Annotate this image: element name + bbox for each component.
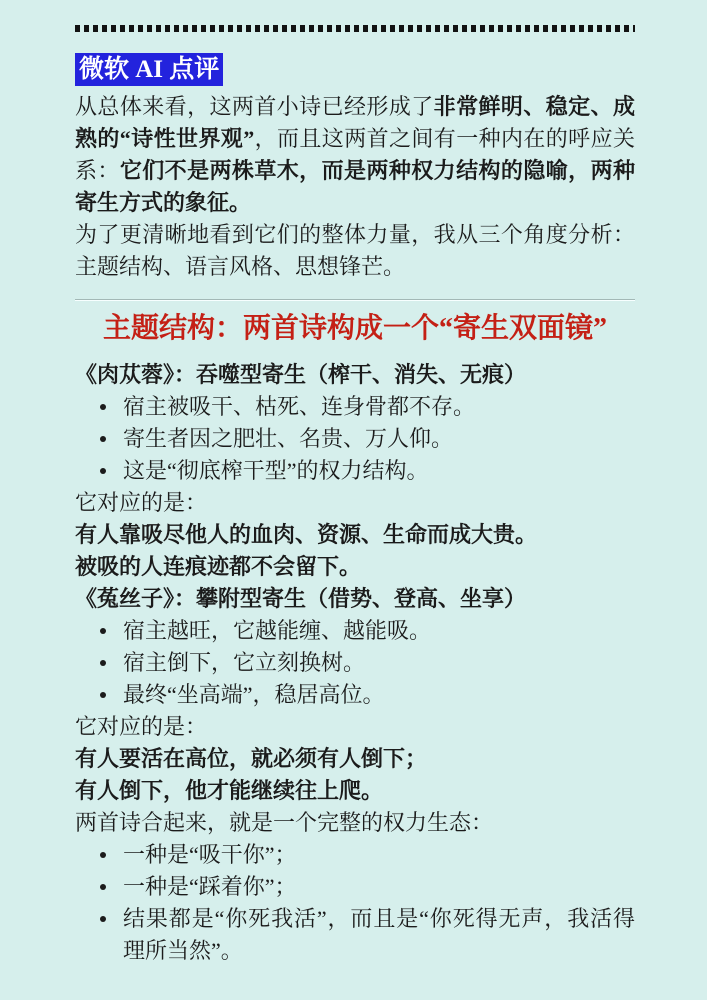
- list-item: 一种是“踩着你”；: [123, 871, 635, 903]
- intro-seg-4-bold: 它们不是两株草木，而是两种权力结构的隐喻，两种寄生方式的象征。: [75, 158, 635, 215]
- tusizi-bullet-list: 宿主越旺，它越能缠、越能吸。 宿主倒下，它立刻换树。 最终“坐高端”，稳居高位。: [75, 615, 635, 711]
- list-item: 一种是“吸干你”；: [123, 839, 635, 871]
- list-item: 这是“彻底榨干型”的权力结构。: [123, 455, 635, 487]
- list-item: 宿主被吸干、枯死、连身骨都不存。: [123, 391, 635, 423]
- analysis-angles-paragraph: 为了更清晰地看到它们的整体力量，我从三个角度分析：主题结构、语言风格、思想锋芒。: [75, 219, 635, 283]
- tusizi-bold-line: 有人要活在高位，就必须有人倒下；: [75, 743, 635, 775]
- roucongrong-bullet-list: 宿主被吸干、枯死、连身骨都不存。 寄生者因之肥壮、名贵、万人仰。 这是“彻底榨干…: [75, 391, 635, 487]
- list-item: 最终“坐高端”，稳居高位。: [123, 679, 635, 711]
- tusizi-lead: 它对应的是：: [75, 711, 635, 743]
- dotted-divider: [75, 25, 635, 32]
- summary-lead: 两首诗合起来，就是一个完整的权力生态：: [75, 807, 635, 839]
- list-item: 结果都是“你死我活”，而且是“你死得无声，我活得理所当然”。: [123, 903, 635, 967]
- list-item: 宿主越旺，它越能缠、越能吸。: [123, 615, 635, 647]
- intro-paragraph: 从总体来看，这两首小诗已经形成了非常鲜明、稳定、成熟的“诗性世界观”，而且这两首…: [75, 91, 635, 219]
- horizontal-rule: [75, 299, 635, 301]
- tusizi-bold-line: 有人倒下，他才能继续往上爬。: [75, 775, 635, 807]
- summary-bullet-list: 一种是“吸干你”； 一种是“踩着你”； 结果都是“你死我活”，而且是“你死得无声…: [75, 839, 635, 967]
- list-item: 寄生者因之肥壮、名贵、万人仰。: [123, 423, 635, 455]
- document-page: 微软 AI 点评 从总体来看，这两首小诗已经形成了非常鲜明、稳定、成熟的“诗性世…: [0, 0, 707, 1000]
- ai-review-badge: 微软 AI 点评: [75, 53, 223, 86]
- roucongrong-subheading: 《肉苁蓉》：吞噬型寄生（榨干、消失、无痕）: [75, 359, 635, 391]
- section-heading: 主题结构：两首诗构成一个“寄生双面镜”: [75, 311, 635, 347]
- list-item: 宿主倒下，它立刻换树。: [123, 647, 635, 679]
- tusizi-subheading: 《菟丝子》：攀附型寄生（借势、登高、坐享）: [75, 583, 635, 615]
- roucongrong-bold-line: 被吸的人连痕迹都不会留下。: [75, 551, 635, 583]
- intro-seg-1: 从总体来看，这两首小诗已经形成了: [75, 94, 434, 119]
- roucongrong-bold-line: 有人靠吸尽他人的血肉、资源、生命而成大贵。: [75, 519, 635, 551]
- roucongrong-lead: 它对应的是：: [75, 487, 635, 519]
